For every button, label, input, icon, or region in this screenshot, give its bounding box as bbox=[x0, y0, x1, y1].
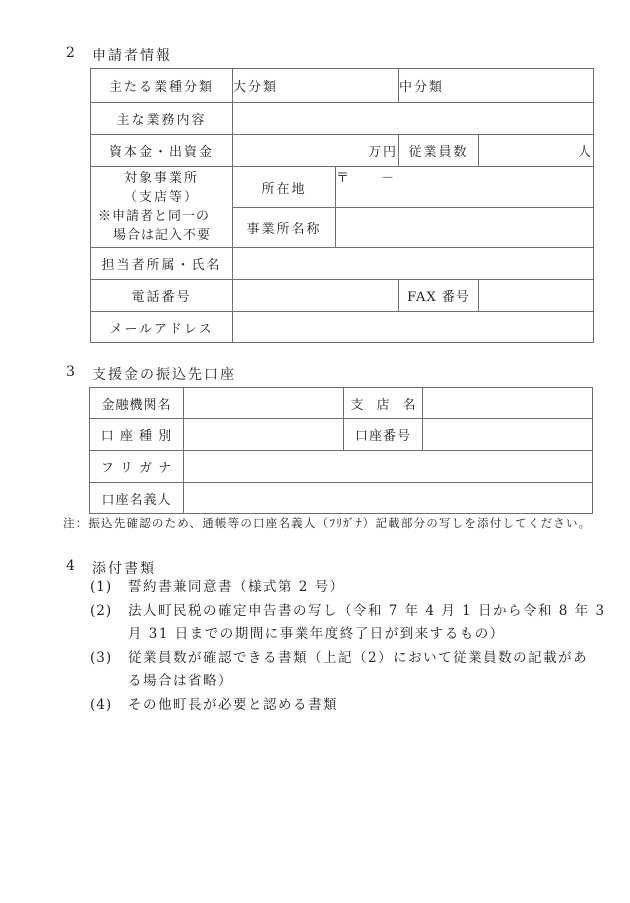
target-office-label-line1: 対象事業所 bbox=[91, 169, 232, 188]
account-number-label: 口座番号 bbox=[344, 419, 423, 451]
section-title: 添付書類 bbox=[92, 558, 156, 578]
section-number: 3 bbox=[66, 364, 92, 384]
target-office-note-line1: ※申請者と同一の bbox=[91, 207, 232, 226]
office-address-field[interactable]: 〒 － bbox=[336, 167, 594, 208]
item-text: その他町長が必要と認める書類 bbox=[128, 694, 338, 718]
capital-label: 資本金・出資金 bbox=[91, 135, 233, 167]
application-form-page: 2 申請者情報 主たる業種分類 大分類 中分類 主な業務内容 資本金・出資金 万… bbox=[0, 0, 630, 903]
office-address-label: 所在地 bbox=[233, 167, 336, 208]
item-number: (2) bbox=[90, 600, 128, 647]
furigana-label: フ リ ガ ナ bbox=[90, 451, 184, 483]
branch-name-label: 支 店 名 bbox=[344, 388, 423, 419]
list-item: (4) その他町長が必要と認める書類 bbox=[90, 694, 606, 718]
item-line: その他町長が必要と認める書類 bbox=[128, 694, 338, 718]
employees-count-field[interactable]: 人 bbox=[479, 135, 594, 167]
section-attachments-heading: 4 添付書類 bbox=[66, 558, 156, 578]
account-type-field[interactable] bbox=[184, 419, 344, 451]
account-type-label: 口 座 種 別 bbox=[90, 419, 184, 451]
list-item: (2) 法人町民税の確定申告書の写し（令和 7 年 4 月 1 日から令和 8 … bbox=[90, 600, 606, 647]
business-content-label: 主な業務内容 bbox=[91, 103, 233, 135]
item-line: 誓約書兼同意書（様式第 2 号） bbox=[128, 576, 345, 600]
attachments-list: (1) 誓約書兼同意書（様式第 2 号） (2) 法人町民税の確定申告書の写し（… bbox=[90, 576, 606, 717]
email-label: メールアドレス bbox=[91, 312, 233, 343]
section-title: 申請者情報 bbox=[92, 45, 172, 65]
phone-label: 電話番号 bbox=[91, 280, 233, 312]
item-line: 月 31 日までの期間に事業年度終了日が到来するもの） bbox=[128, 623, 606, 647]
fax-label: FAX 番号 bbox=[399, 280, 479, 312]
bank-account-table: 金融機関名 支 店 名 口 座 種 別 口座番号 フ リ ガ ナ 口座名義人 bbox=[89, 387, 593, 514]
target-office-label-line2: （支店等） bbox=[91, 188, 232, 207]
phone-field[interactable] bbox=[233, 280, 399, 312]
account-number-field[interactable] bbox=[423, 419, 593, 451]
item-number: (1) bbox=[90, 576, 128, 600]
business-content-field[interactable] bbox=[233, 103, 594, 135]
section-number: 4 bbox=[66, 558, 92, 578]
bank-note: 注：振込先確認のため、通帳等の口座名義人（ﾌﾘｶﾞﾅ）記載部分の写しを添付してく… bbox=[63, 515, 591, 531]
furigana-field[interactable] bbox=[184, 451, 593, 483]
item-line: 従業員数が確認できる書類（上記（2）において従業員数の記載があ bbox=[128, 647, 588, 671]
contact-person-field[interactable] bbox=[233, 248, 594, 280]
email-field[interactable] bbox=[233, 312, 594, 343]
item-number: (4) bbox=[90, 694, 128, 718]
industry-class-label: 主たる業種分類 bbox=[91, 69, 233, 103]
target-office-note-line2: 場合は記入不要 bbox=[91, 226, 232, 245]
office-name-field[interactable] bbox=[336, 208, 594, 248]
capital-amount-field[interactable]: 万円 bbox=[233, 135, 399, 167]
account-holder-field[interactable] bbox=[184, 483, 593, 514]
fax-field[interactable] bbox=[479, 280, 594, 312]
item-number: (3) bbox=[90, 647, 128, 694]
employees-label: 従業員数 bbox=[399, 135, 479, 167]
list-item: (1) 誓約書兼同意書（様式第 2 号） bbox=[90, 576, 606, 600]
contact-person-label: 担当者所属・氏名 bbox=[91, 248, 233, 280]
section-bank-heading: 3 支援金の振込先口座 bbox=[66, 364, 236, 384]
industry-major-class-field[interactable]: 大分類 bbox=[233, 69, 399, 103]
applicant-info-table: 主たる業種分類 大分類 中分類 主な業務内容 資本金・出資金 万円 従業員数 人… bbox=[90, 68, 594, 343]
item-line: 法人町民税の確定申告書の写し（令和 7 年 4 月 1 日から令和 8 年 3 bbox=[128, 600, 606, 624]
item-line: る場合は省略） bbox=[128, 670, 588, 694]
bank-name-field[interactable] bbox=[184, 388, 344, 419]
section-applicant-heading: 2 申請者情報 bbox=[66, 45, 172, 65]
branch-name-field[interactable] bbox=[423, 388, 593, 419]
industry-middle-class-field[interactable]: 中分類 bbox=[399, 69, 594, 103]
item-text: 従業員数が確認できる書類（上記（2）において従業員数の記載があ る場合は省略） bbox=[128, 647, 588, 694]
section-number: 2 bbox=[66, 45, 92, 65]
item-text: 誓約書兼同意書（様式第 2 号） bbox=[128, 576, 345, 600]
account-holder-label: 口座名義人 bbox=[90, 483, 184, 514]
section-title: 支援金の振込先口座 bbox=[92, 364, 236, 384]
office-name-label: 事業所名称 bbox=[233, 208, 336, 248]
list-item: (3) 従業員数が確認できる書類（上記（2）において従業員数の記載があ る場合は… bbox=[90, 647, 606, 694]
bank-name-label: 金融機関名 bbox=[90, 388, 184, 419]
item-text: 法人町民税の確定申告書の写し（令和 7 年 4 月 1 日から令和 8 年 3 … bbox=[128, 600, 606, 647]
target-office-label: 対象事業所 （支店等） ※申請者と同一の 場合は記入不要 bbox=[91, 167, 233, 248]
